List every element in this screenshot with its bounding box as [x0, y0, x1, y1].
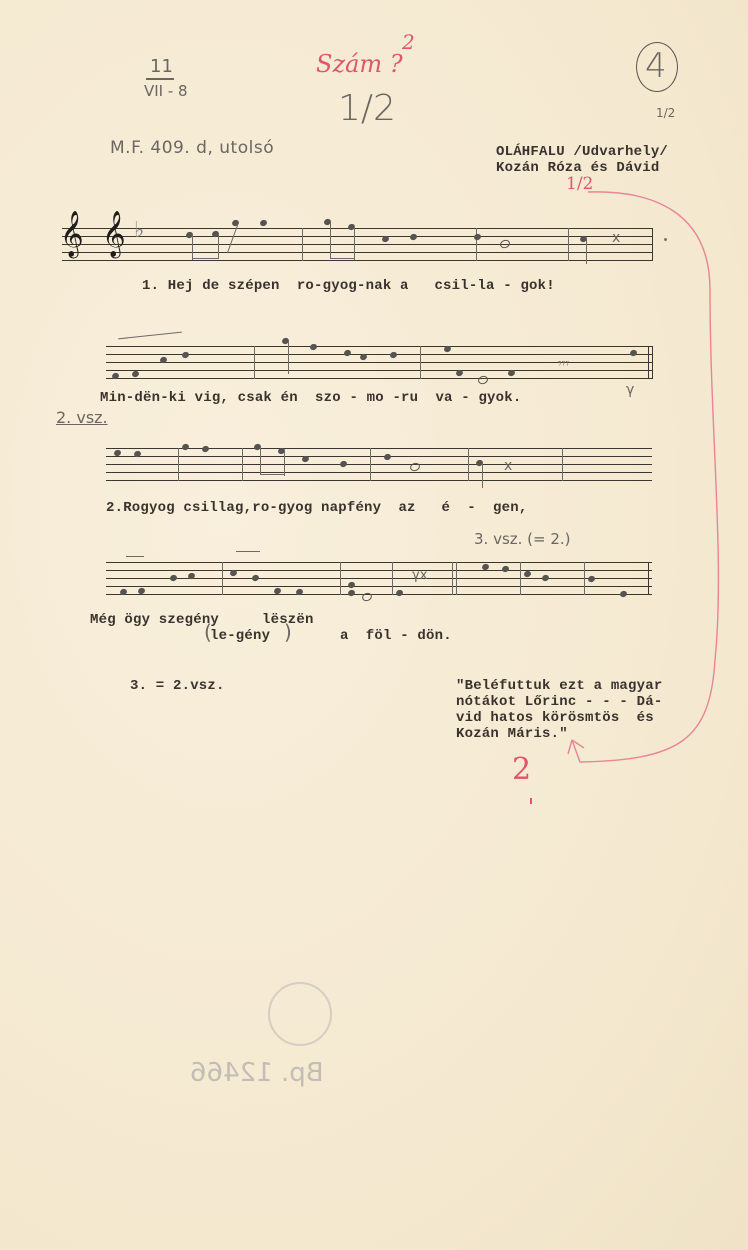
flat-icon: ♭	[134, 218, 144, 243]
quote-block: "Beléfuttuk ezt a magyar nótákot Lőrinc …	[456, 678, 662, 742]
lyrics-line-3: 2.Rogyog csillag,ro-gyog napfény az é - …	[106, 500, 527, 516]
quote-line: Kozán Máris."	[456, 726, 662, 742]
treble-clef-icon: 𝄞	[102, 214, 126, 254]
staff-2	[106, 346, 652, 378]
fraction-divider	[146, 78, 174, 80]
treble-clef-icon: 𝄞	[60, 214, 84, 254]
archive-stamp-icon	[268, 982, 332, 1046]
fraction-top: 11	[150, 56, 173, 77]
red-title: Szám ?	[316, 50, 403, 78]
lyrics-line-4d: a föl - dön.	[340, 628, 452, 644]
pencil-annotation: γ	[626, 382, 634, 398]
fraction-bottom: VII - 8	[144, 82, 188, 100]
red-title-superscript: 2	[402, 30, 415, 54]
repeat-note: 3. = 2.vsz.	[130, 678, 225, 694]
quote-line: nótákot Lőrinc - - - Dá-	[456, 694, 662, 710]
catalog-reference: M.F. 409. d, utolsó	[110, 138, 274, 158]
lyrics-line-1: 1. Hej de szépen ro-gyog-nak a csil-la -…	[142, 278, 555, 294]
archive-number: Bp. 12466	[190, 1058, 324, 1088]
verse-mark-3: 3. vsz. (= 2.)	[474, 530, 571, 548]
staff-3	[106, 448, 652, 480]
lyrics-line-4c: le-gény	[210, 628, 270, 644]
quote-line: "Beléfuttuk ezt a magyar	[456, 678, 662, 694]
lyrics-line-2: Min-dën-ki vig, csak én szo - mo -ru va …	[100, 390, 521, 406]
verse-mark-2: 2. vsz.	[56, 408, 108, 427]
staff-1	[62, 228, 652, 260]
half-mark: 1/2	[338, 88, 396, 129]
quote-line: vid hatos körösmtös és	[456, 710, 662, 726]
page-number: 4	[645, 46, 667, 86]
small-half-mark: 1/2	[656, 106, 675, 120]
red-bottom-mark: 2	[512, 752, 531, 787]
lyrics-line-4a: Még ögy szegény	[90, 612, 219, 628]
location-line: OLÁHFALU /Udvarhely/	[496, 144, 668, 160]
